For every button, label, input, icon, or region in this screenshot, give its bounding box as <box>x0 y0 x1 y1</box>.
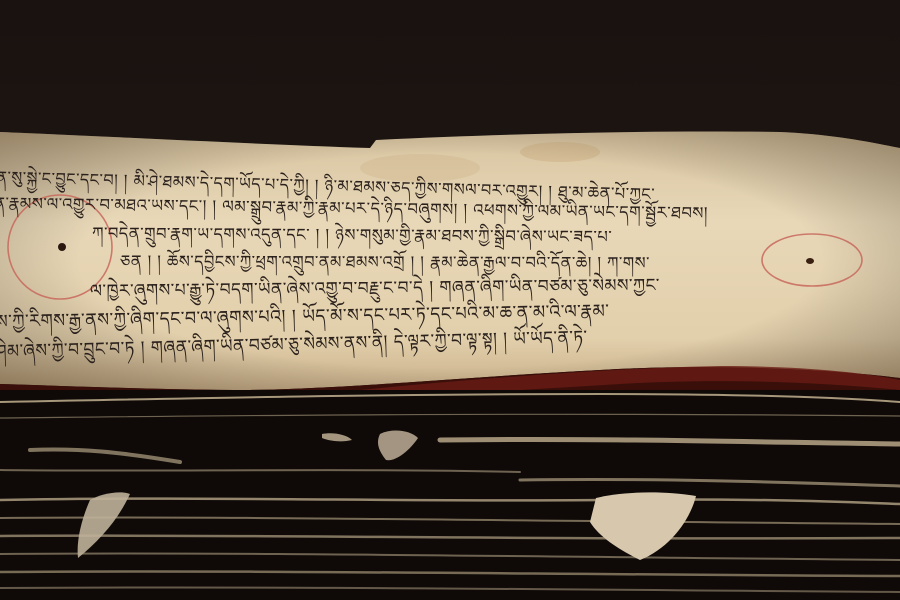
photo-scene: ན་སུ་སྐྱེ་ང་བྱུང་དང་བ། ། མི་ཤེ་ཐམས་དེ་དག… <box>0 0 900 600</box>
page-stack <box>0 390 900 600</box>
page-stack-layers <box>0 390 900 600</box>
manuscript-folio: ན་སུ་སྐྱེ་ང་བྱུང་དང་བ། ། མི་ཤེ་ཐམས་དེ་དག… <box>0 128 900 400</box>
